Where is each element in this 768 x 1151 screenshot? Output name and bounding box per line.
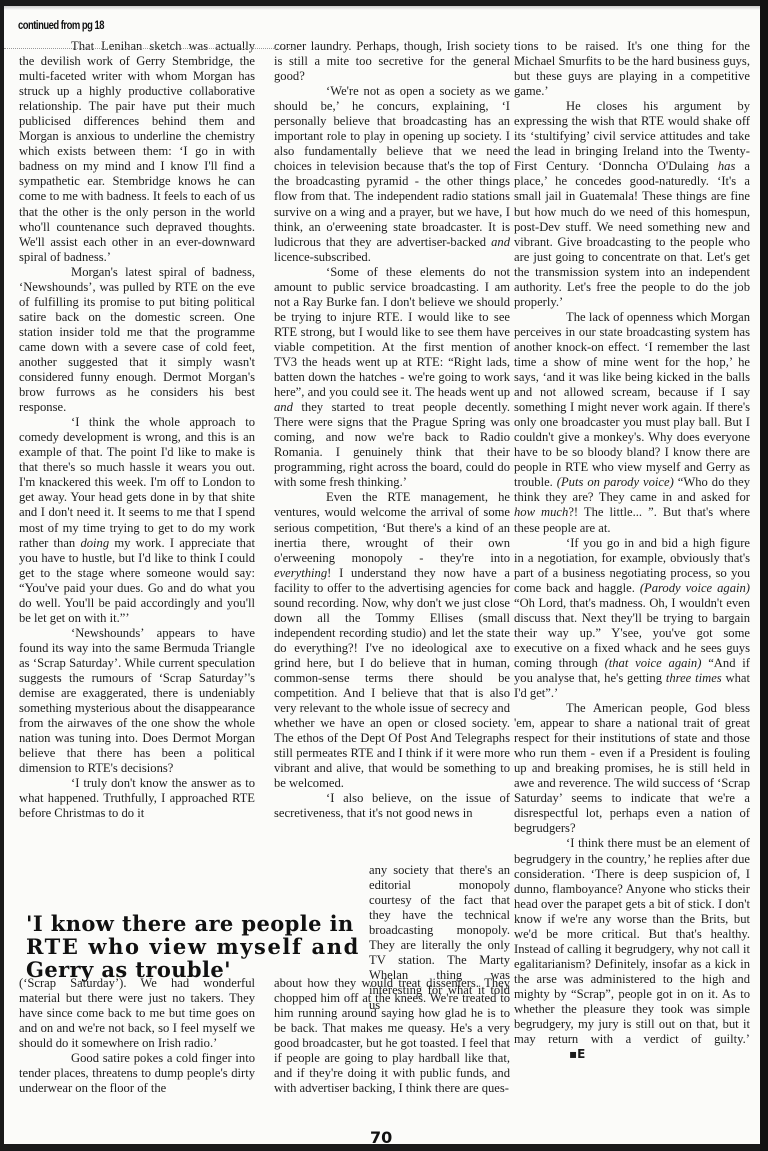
paragraph: (‘Scrap Saturday’). We had wonderful mat… — [19, 976, 255, 1051]
article-column-2-continued: about how they would treat dissenters. T… — [274, 976, 510, 1096]
scan-fold-line — [274, 48, 294, 49]
pull-quote: 'I know there are people in RTE who view… — [26, 912, 366, 981]
paragraph: ‘I think the whole approach to comedy de… — [19, 415, 255, 626]
paragraph: Even the RTE management, he ventures, wo… — [274, 490, 510, 791]
paragraph: That Lenihan sketch was actually the dev… — [19, 39, 255, 265]
paragraph: tions to be raised. It's one thing for t… — [514, 39, 750, 99]
scan-fold-line — [4, 48, 274, 49]
end-of-article-icon: ▪E — [517, 1047, 585, 1062]
magazine-page: continued from pg 18 That Lenihan sketch… — [4, 6, 760, 1144]
paragraph: The lack of openness which Morgan percei… — [514, 310, 750, 536]
paragraph: ‘Some of these elements do not amount to… — [274, 265, 510, 491]
paragraph: ‘Newshounds’ appears to have found its w… — [19, 626, 255, 776]
paragraph: ‘I also believe, on the issue of secreti… — [274, 791, 510, 821]
article-column-3: tions to be raised. It's one thing for t… — [514, 39, 750, 1062]
paragraph: ‘We're not as open a society as we shoul… — [274, 84, 510, 265]
article-column-2: corner laundry. Perhaps, though, Irish s… — [274, 39, 510, 821]
continued-label: continued from pg 18 — [18, 20, 104, 32]
pull-quote-line: RTE who view myself and — [26, 935, 366, 958]
paragraph: ‘I think there must be an element of beg… — [514, 836, 750, 1062]
paragraph: Good satire pokes a cold finger into ten… — [19, 1051, 255, 1096]
paragraph: He closes his argument by expressing the… — [514, 99, 750, 310]
article-column-1-continued: (‘Scrap Saturday’). We had wonderful mat… — [19, 976, 255, 1096]
paragraph: Morgan's latest spiral of badness, ‘News… — [19, 265, 255, 415]
paragraph: about how they would treat dissenters. T… — [274, 976, 510, 1096]
paragraph: The American people, God bless 'em, appe… — [514, 701, 750, 836]
article-column-1: That Lenihan sketch was actually the dev… — [19, 39, 255, 821]
paragraph: ‘I truly don't know the answer as to wha… — [19, 776, 255, 821]
paragraph: corner laundry. Perhaps, though, Irish s… — [274, 39, 510, 84]
paragraph: ‘If you go in and bid a high figure in a… — [514, 536, 750, 702]
scan-shadow — [4, 6, 760, 10]
page-number: 70 — [370, 1128, 392, 1147]
page-edge — [760, 0, 768, 1151]
pull-quote-line: 'I know there are people in — [26, 912, 366, 935]
